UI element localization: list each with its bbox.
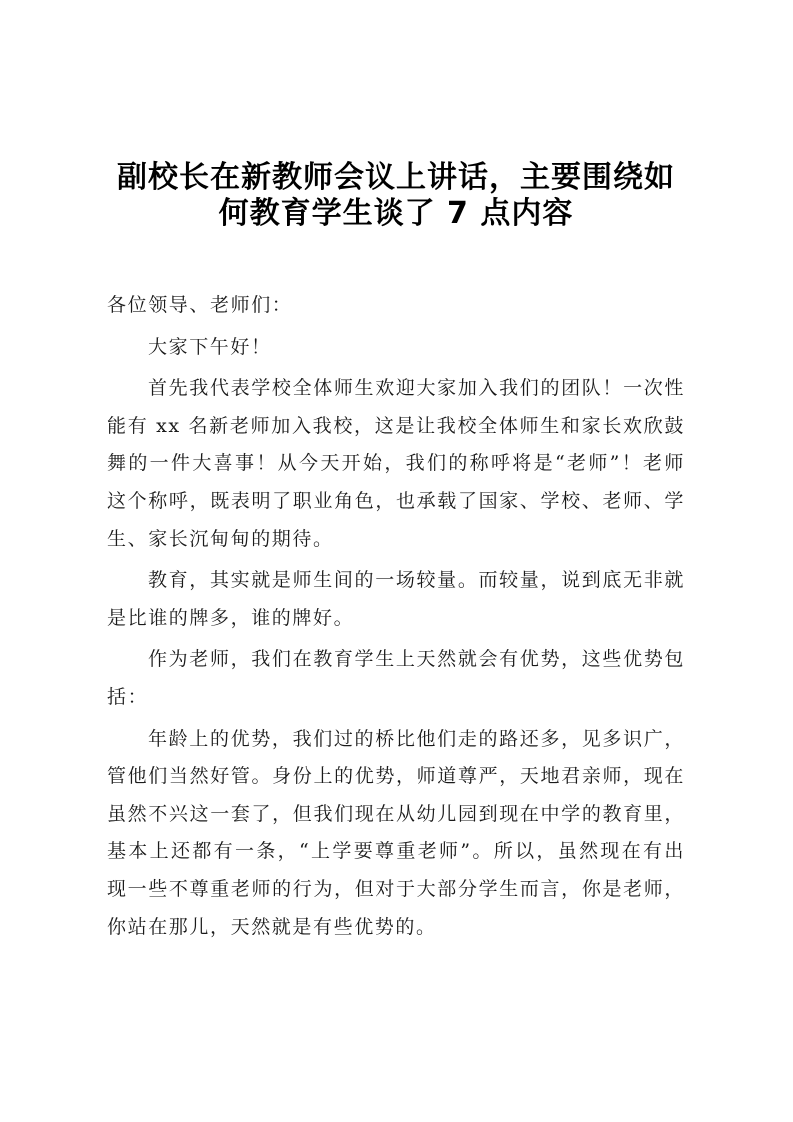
document-title: 副校长在新教师会议上讲话，主要围绕如何教育学生谈了 7 点内容: [107, 160, 685, 232]
greeting-paragraph: 大家下午好！: [107, 329, 685, 367]
salutation: 各位领导、老师们：: [107, 287, 685, 325]
document-body: 各位领导、老师们： 大家下午好！ 首先我代表学校全体师生欢迎大家加入我们的团队！…: [107, 287, 685, 950]
welcome-paragraph: 首先我代表学校全体师生欢迎大家加入我们的团队！一次性能有 xx 名新老师加入我校…: [107, 370, 685, 558]
advantages-detail-paragraph: 年龄上的优势，我们过的桥比他们走的路还多，见多识广，管他们当然好管。身份上的优势…: [107, 721, 685, 947]
advantages-intro-paragraph: 作为老师，我们在教育学生上天然就会有优势，这些优势包括：: [107, 641, 685, 716]
education-contest-paragraph: 教育，其实就是师生间的一场较量。而较量，说到底无非就是比谁的牌多，谁的牌好。: [107, 562, 685, 637]
